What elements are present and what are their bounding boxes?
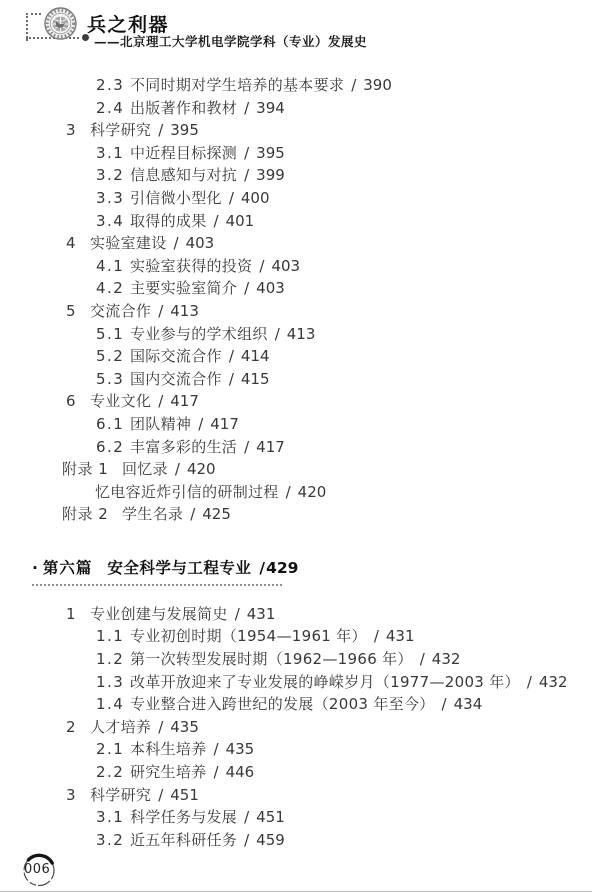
toc-entry-page: 432: [432, 648, 461, 671]
toc-entry-number: 6: [66, 390, 90, 413]
toc-entry-separator: /: [229, 187, 234, 210]
toc-entry-page: 434: [454, 693, 483, 716]
toc-entry-title: 引信微小型化: [130, 187, 222, 210]
toc-entry-separator: /: [420, 648, 425, 671]
toc-entry-title: 近五年科研任务: [130, 829, 237, 852]
toc-entry-title: 本科生培养: [130, 738, 207, 761]
toc-entry-title: 不同时期对学生培养的基本要求: [130, 74, 344, 97]
toc-entry-page: 431: [247, 603, 276, 626]
toc-entry-separator: /: [158, 119, 163, 142]
toc-entry-title: 学生名录: [122, 503, 183, 526]
toc-entry-title: 出版著作和教材: [130, 97, 237, 120]
table-of-contents: 2.3不同时期对学生培养的基本要求/3902.4出版著作和教材/3943科学研究…: [0, 74, 592, 851]
toc-entry: 3科学研究/451: [0, 784, 592, 807]
toc-entry-page: 420: [187, 458, 216, 481]
toc-entry-page: 435: [226, 738, 255, 761]
toc-entry-page: 415: [241, 368, 270, 391]
section-title: 安全科学与工程专业: [107, 556, 251, 578]
toc-entry-number: 3.2: [96, 164, 130, 187]
toc-entry: 4.2主要实验室简介/403: [0, 277, 592, 300]
toc-entry-separator: /: [235, 603, 240, 626]
toc-entry: 2.2研究生培养/446: [0, 761, 592, 784]
toc-entry-page: 394: [256, 97, 285, 120]
toc-entry-number: 2.4: [96, 97, 130, 120]
toc-entry: 6专业文化/417: [0, 390, 592, 413]
toc-entry-page: 459: [256, 829, 285, 852]
toc-entry-separator: /: [244, 164, 249, 187]
toc-entry-title: 研究生培养: [130, 761, 207, 784]
toc-entry-separator: /: [244, 142, 249, 165]
toc-entry-page: 431: [386, 625, 415, 648]
toc-entry-page: 451: [256, 806, 285, 829]
toc-entry-number: 3.3: [96, 187, 130, 210]
toc-entry: 3.3引信微小型化/400: [0, 187, 592, 210]
toc-entry-page: 403: [271, 255, 300, 278]
toc-entry: 6.1团队精神/417: [0, 413, 592, 436]
toc-entry-separator: /: [244, 436, 249, 459]
toc-entry-title: 专业初创时期（1954—1961 年）: [130, 625, 367, 648]
toc-entry-separator: /: [229, 368, 234, 391]
toc-entry-number: 1.2: [96, 648, 130, 671]
toc-entry-separator: /: [442, 693, 447, 716]
toc-entry-number: 3.1: [96, 806, 130, 829]
toc-entry-title: 专业参与的学术组织: [130, 323, 268, 346]
toc-entry-title: 主要实验室简介: [130, 277, 237, 300]
toc-entry-page: 451: [170, 784, 199, 807]
toc-entry-title: 中近程目标探测: [130, 142, 237, 165]
toc-entry-separator: /: [174, 232, 179, 255]
toc-entry-number: 4: [66, 232, 90, 255]
toc-entry-title: 国际交流合作: [130, 345, 222, 368]
toc-entry: 5交流合作/413: [0, 300, 592, 323]
toc-block-chapter-tail: 2.3不同时期对学生培养的基本要求/3902.4出版著作和教材/3943科学研究…: [0, 74, 592, 526]
toc-entry-title: 改革开放迎来了专业发展的峥嵘岁月（1977—2003 年）: [130, 671, 520, 694]
toc-entry: 附录 1回忆录/420: [0, 458, 592, 481]
toc-entry-title: 忆电容近炸引信的研制过程: [95, 481, 279, 504]
toc-entry-number: 5.1: [96, 323, 130, 346]
toc-entry-number: 3.4: [96, 210, 130, 233]
toc-entry: 2.4出版著作和教材/394: [0, 97, 592, 120]
toc-entry-title: 实验室建设: [90, 232, 167, 255]
toc-entry: 1.1专业初创时期（1954—1961 年）/431: [0, 625, 592, 648]
toc-entry-separator: /: [244, 97, 249, 120]
section-bullet: ·: [32, 559, 38, 577]
toc-entry-separator: /: [158, 300, 163, 323]
section-separator: /: [259, 559, 265, 577]
page-number: 006: [24, 862, 50, 877]
toc-entry-page: 414: [241, 345, 270, 368]
toc-entry-separator: /: [244, 806, 249, 829]
toc-entry-title: 专业创建与发展简史: [90, 603, 228, 626]
toc-entry: 5.2国际交流合作/414: [0, 345, 592, 368]
toc-entry-separator: /: [244, 277, 249, 300]
toc-entry-page: 413: [170, 300, 199, 323]
toc-entry-page: 420: [298, 481, 327, 504]
toc-entry: 5.1专业参与的学术组织/413: [0, 323, 592, 346]
toc-entry-separator: /: [158, 716, 163, 739]
toc-entry-number: 4.1: [96, 255, 130, 278]
toc-entry-number: 5: [66, 300, 90, 323]
toc-entry-title: 科学研究: [90, 119, 151, 142]
toc-entry: 5.3国内交流合作/415: [0, 368, 592, 391]
toc-entry-separator: /: [214, 738, 219, 761]
toc-entry-separator: /: [175, 458, 180, 481]
toc-entry-separator: /: [214, 210, 219, 233]
toc-entry: 1专业创建与发展简史/431: [0, 603, 592, 626]
toc-entry: 3科学研究/395: [0, 119, 592, 142]
toc-entry-separator: /: [351, 74, 356, 97]
toc-entry-number: 3.2: [96, 829, 130, 852]
toc-entry-separator: /: [229, 345, 234, 368]
toc-entry-separator: /: [198, 413, 203, 436]
toc-entry-page: 417: [170, 390, 199, 413]
book-subtitle: ——北京理工大学机电学院学科（专业）发展史: [94, 32, 367, 50]
toc-entry: 附录 2学生名录/425: [0, 503, 592, 526]
toc-entry-separator: /: [374, 625, 379, 648]
book-toc-page: 兵之利器 ——北京理工大学机电学院学科（专业）发展史 2.3不同时期对学生培养的…: [0, 0, 592, 892]
toc-entry-separator: /: [527, 671, 532, 694]
toc-entry-title: 专业整合进入跨世纪的发展（2003 年至今）: [130, 693, 435, 716]
page-number-badge: 006: [19, 851, 61, 891]
toc-entry-number: 1.3: [96, 671, 130, 694]
toc-entry-number: 附录 1: [62, 458, 122, 481]
toc-entry-title: 回忆录: [122, 458, 168, 481]
toc-entry-page: 403: [256, 277, 285, 300]
toc-entry-title: 科学研究: [90, 784, 151, 807]
toc-entry-page: 401: [226, 210, 255, 233]
toc-entry: 4.1实验室获得的投资/403: [0, 255, 592, 278]
toc-entry-title: 交流合作: [90, 300, 151, 323]
section-heading-part6: · 第六篇 安全科学与工程专业 / 429: [32, 556, 282, 586]
toc-entry-number: 6.1: [96, 413, 130, 436]
toc-entry-page: 432: [539, 671, 568, 694]
toc-entry-page: 413: [287, 323, 316, 346]
toc-entry: 4实验室建设/403: [0, 232, 592, 255]
toc-entry: 2.3不同时期对学生培养的基本要求/390: [0, 74, 592, 97]
toc-entry-number: 3: [66, 119, 90, 142]
toc-entry-page: 395: [170, 119, 199, 142]
toc-entry-separator: /: [275, 323, 280, 346]
toc-entry: 3.4取得的成果/401: [0, 210, 592, 233]
toc-entry-number: 3.1: [96, 142, 130, 165]
toc-entry: 1.2第一次转型发展时期（1962—1966 年）/432: [0, 648, 592, 671]
toc-entry-page: 399: [256, 164, 285, 187]
section-page: 429: [266, 559, 298, 577]
page-header: 兵之利器 ——北京理工大学机电学院学科（专业）发展史: [0, 0, 592, 62]
toc-entry-number: 4.2: [96, 277, 130, 300]
toc-entry-title: 实验室获得的投资: [130, 255, 252, 278]
toc-entry-number: 5.3: [96, 368, 130, 391]
toc-entry-page: 435: [170, 716, 199, 739]
toc-entry-number: 1.1: [96, 625, 130, 648]
toc-entry-separator: /: [190, 503, 195, 526]
toc-entry-title: 丰富多彩的生活: [130, 436, 237, 459]
toc-entry: 2.1本科生培养/435: [0, 738, 592, 761]
toc-entry-separator: /: [259, 255, 264, 278]
toc-entry-number: 2.3: [96, 74, 130, 97]
toc-entry: 3.1科学任务与发展/451: [0, 806, 592, 829]
toc-entry-page: 395: [256, 142, 285, 165]
toc-entry-separator: /: [286, 481, 291, 504]
toc-entry: 3.2近五年科研任务/459: [0, 829, 592, 852]
toc-entry: 1.4专业整合进入跨世纪的发展（2003 年至今）/434: [0, 693, 592, 716]
toc-entry-title: 科学任务与发展: [130, 806, 237, 829]
toc-entry: 1.3改革开放迎来了专业发展的峥嵘岁月（1977—2003 年）/432: [0, 671, 592, 694]
toc-entry-number: 附录 2: [62, 503, 122, 526]
toc-entry-title: 第一次转型发展时期（1962—1966 年）: [130, 648, 413, 671]
toc-entry-number: 3: [66, 784, 90, 807]
toc-entry-separator: /: [158, 390, 163, 413]
toc-entry-number: 5.2: [96, 345, 130, 368]
toc-entry-number: 2: [66, 716, 90, 739]
toc-entry-number: 1: [66, 603, 90, 626]
section-number: 第六篇: [43, 556, 93, 578]
toc-entry-page: 425: [202, 503, 231, 526]
toc-entry-page: 417: [210, 413, 239, 436]
toc-entry-number: 2.1: [96, 738, 130, 761]
toc-entry-title: 专业文化: [90, 390, 151, 413]
toc-entry-separator: /: [158, 784, 163, 807]
toc-entry-number: 6.2: [96, 436, 130, 459]
toc-entry-page: 390: [363, 74, 392, 97]
toc-entry-number: 2.2: [96, 761, 130, 784]
toc-entry-title: 信息感知与对抗: [130, 164, 237, 187]
toc-entry-title: 取得的成果: [130, 210, 207, 233]
toc-entry: 3.2信息感知与对抗/399: [0, 164, 592, 187]
toc-entry-title: 团队精神: [130, 413, 191, 436]
toc-entry-separator: /: [214, 761, 219, 784]
toc-block-part6: 1专业创建与发展简史/4311.1专业初创时期（1954—1961 年）/431…: [0, 603, 592, 852]
toc-entry-page: 403: [186, 232, 215, 255]
toc-entry-title: 人才培养: [90, 716, 151, 739]
toc-entry-separator: /: [244, 829, 249, 852]
toc-entry-page: 400: [241, 187, 270, 210]
emblem-seal-icon: [44, 7, 77, 40]
toc-entry: 2人才培养/435: [0, 716, 592, 739]
toc-entry-title: 国内交流合作: [130, 368, 222, 391]
toc-entry: 3.1中近程目标探测/395: [0, 142, 592, 165]
toc-entry: 6.2丰富多彩的生活/417: [0, 436, 592, 459]
toc-entry-page: 446: [226, 761, 255, 784]
toc-entry: 忆电容近炸引信的研制过程/420: [0, 481, 592, 504]
toc-entry-number: 1.4: [96, 693, 130, 716]
toc-entry-page: 417: [256, 436, 285, 459]
